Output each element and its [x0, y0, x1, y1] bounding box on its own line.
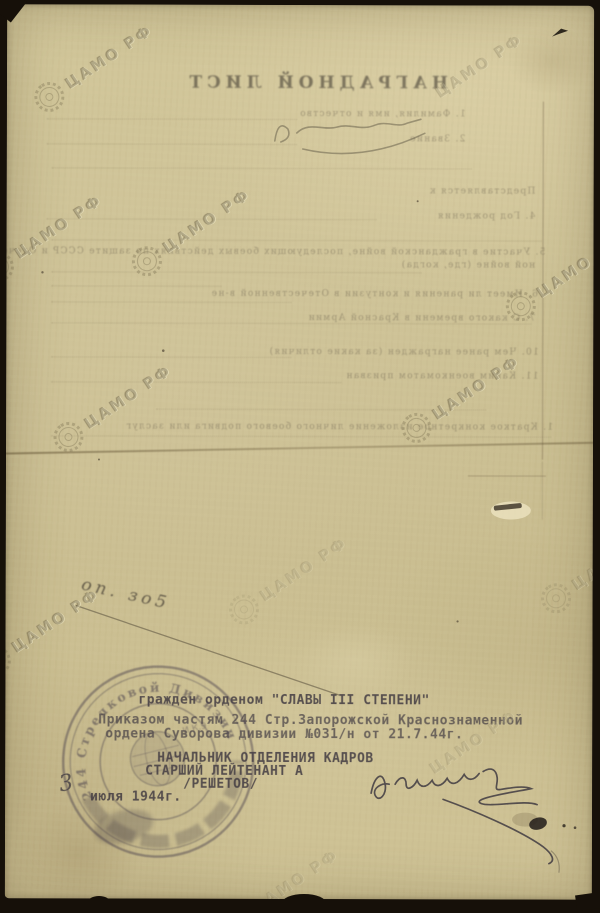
camo-watermark-label: ЦАМО РФ	[429, 352, 524, 424]
ink-blot	[512, 813, 576, 832]
stamp-inner-text: И.К.9	[182, 721, 209, 737]
dotted-rule	[51, 322, 531, 324]
bleed-form-line: Представляется к	[429, 186, 536, 196]
camo-watermark-label: ЦАМО РФ	[568, 522, 594, 594]
bleed-form-line: 6. Имеет ли ранения и контузии в Отечест…	[211, 289, 539, 300]
camo-watermark: ЦАМО РФ	[535, 517, 594, 619]
dotted-rule	[51, 285, 221, 286]
camo-watermark: ЦАМО РФ	[48, 356, 179, 458]
ink-tick-mark	[552, 29, 568, 37]
camo-watermark-label: ЦАМО РФ	[248, 846, 343, 900]
dotted-rule	[51, 435, 551, 437]
paper-stain	[295, 625, 415, 695]
dotted-rule	[51, 356, 291, 358]
pencil-signature-path	[275, 119, 425, 154]
bleed-form-line: 1. Фамилия, имя и отчество	[299, 109, 466, 119]
dotted-rule	[47, 143, 297, 145]
dotted-rule	[51, 301, 291, 303]
pencil-tail-stroke	[551, 851, 559, 873]
paper-tear	[491, 502, 531, 520]
bleed-rule	[468, 475, 546, 476]
dotted-rule	[51, 271, 421, 273]
fold-crease-horizontal	[5, 441, 594, 454]
camo-watermark: ЦАМО РФ	[126, 180, 257, 282]
camo-watermark-label: ЦАМО РФ	[62, 21, 157, 93]
ink-signature-path	[371, 769, 553, 864]
camo-watermark: ЦАМО РФ	[29, 16, 160, 118]
camo-watermark: ЦАМО РФ	[432, 30, 527, 102]
bleed-title: НАГРАДНОЙ ЛИСТ	[210, 73, 448, 94]
division-stamp: 244 Стрелковой Дивизии И.К.9	[29, 632, 288, 891]
bleed-form-line: 1. Краткое конкретное изложение личного …	[125, 422, 553, 433]
scan-background: НАГРАДНОЙ ЛИСТ 1. Фамилия, имя и отчеств…	[0, 0, 600, 913]
camo-watermark: ЦАМО РФ	[223, 529, 354, 631]
camo-watermark: ЦАМО РФ	[248, 846, 343, 900]
document-paper: НАГРАДНОЙ ЛИСТ 1. Фамилия, имя и отчеств…	[5, 4, 594, 900]
form-margin-line	[542, 462, 543, 520]
camo-watermark-label: ЦАМО РФ	[256, 534, 351, 606]
dotted-rule	[51, 381, 341, 383]
dotted-rule	[52, 167, 472, 169]
dotted-rule	[47, 118, 297, 120]
camo-watermark-label: ЦАМО РФ	[8, 585, 103, 657]
camo-watermark-label: ЦАМО РФ	[432, 30, 527, 102]
bleed-form-line: 2. Звание	[409, 134, 466, 144]
dotted-rule	[52, 239, 542, 241]
bleed-form-line: ной войне (где, когда)	[401, 260, 536, 270]
camo-watermark: ЦАМО РФ	[5, 580, 106, 682]
bleed-form-line: 7. С какого времени в Красной Армии	[307, 313, 535, 324]
camo-watermark: ЦАМО РФ	[396, 347, 527, 449]
bleed-form-line: 4. Год рождения	[437, 211, 536, 221]
bleed-form-line: 5. Участие в гражданской войне, последую…	[5, 246, 546, 258]
